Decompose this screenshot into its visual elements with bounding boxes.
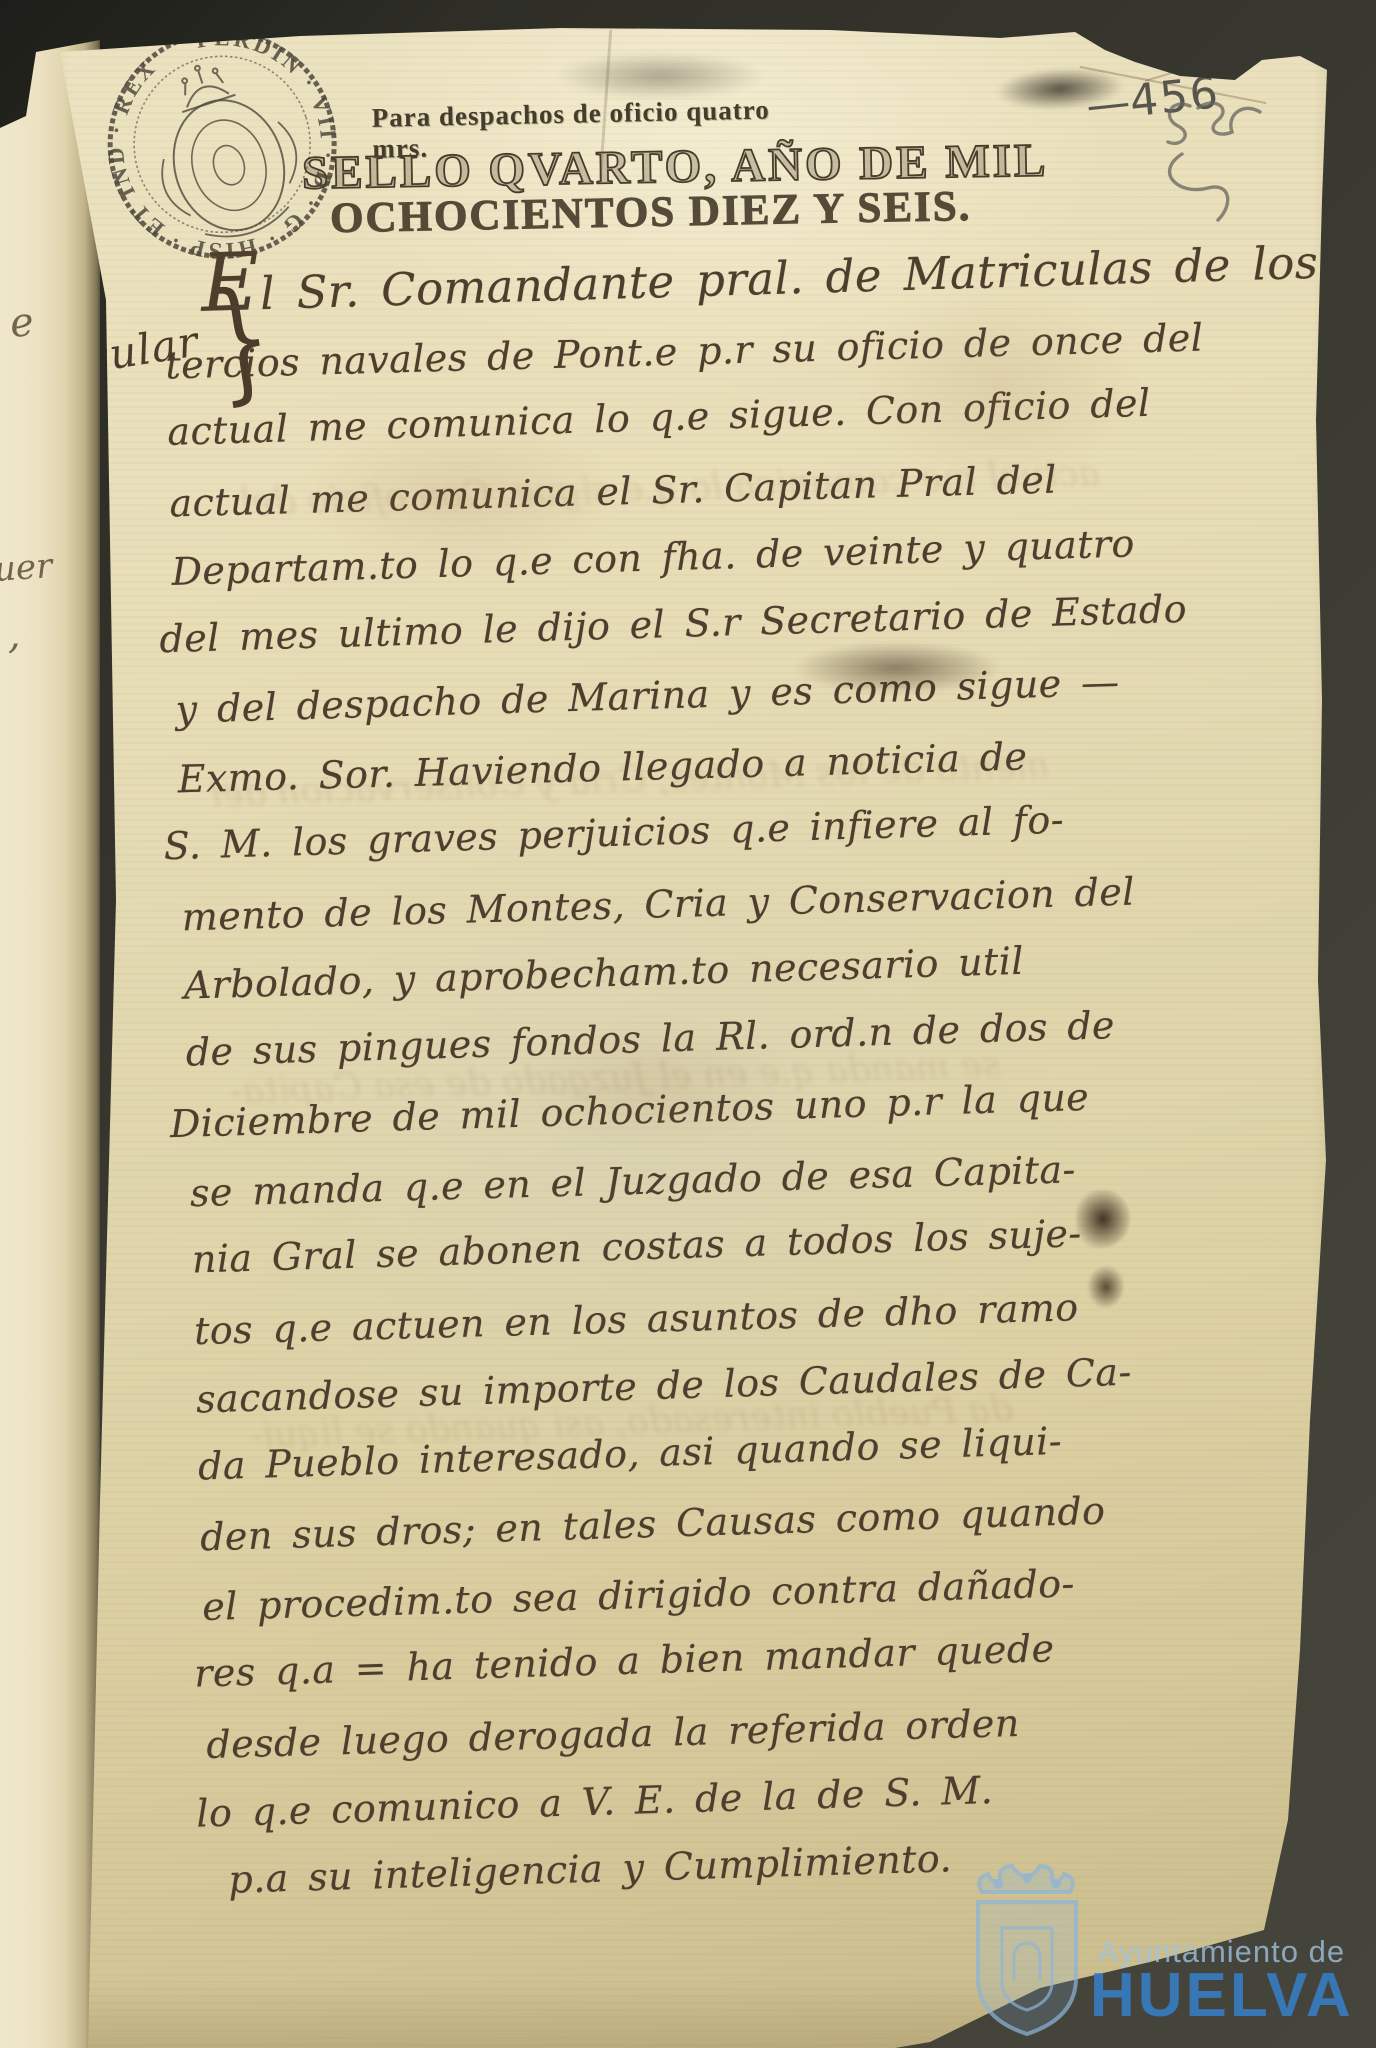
ink-smudge	[555, 52, 765, 100]
paper-crease	[1145, 36, 1289, 82]
manuscript-page: FERDIN · VII · D · G · HISP · ET IND · R…	[0, 0, 1376, 2048]
folio-dash: —	[1084, 77, 1133, 132]
previous-page-text-fragment: uer	[0, 546, 54, 590]
pencil-flourish	[1156, 92, 1276, 222]
huelva-crest-icon	[964, 1858, 1090, 2048]
watermark-city-text: HUELVA	[1090, 1960, 1354, 2031]
previous-page-text-fragment: ,	[8, 612, 21, 658]
previous-page-text-fragment: e	[8, 299, 36, 347]
royal-seal-stamp: FERDIN · VII · D · G · HISP · ET IND · R…	[76, 24, 372, 266]
previous-page-edge: e uer ,	[0, 0, 100, 2048]
document-scan: e uer , FERDIN · VII · D · G · HISP · ET…	[0, 0, 1376, 2048]
